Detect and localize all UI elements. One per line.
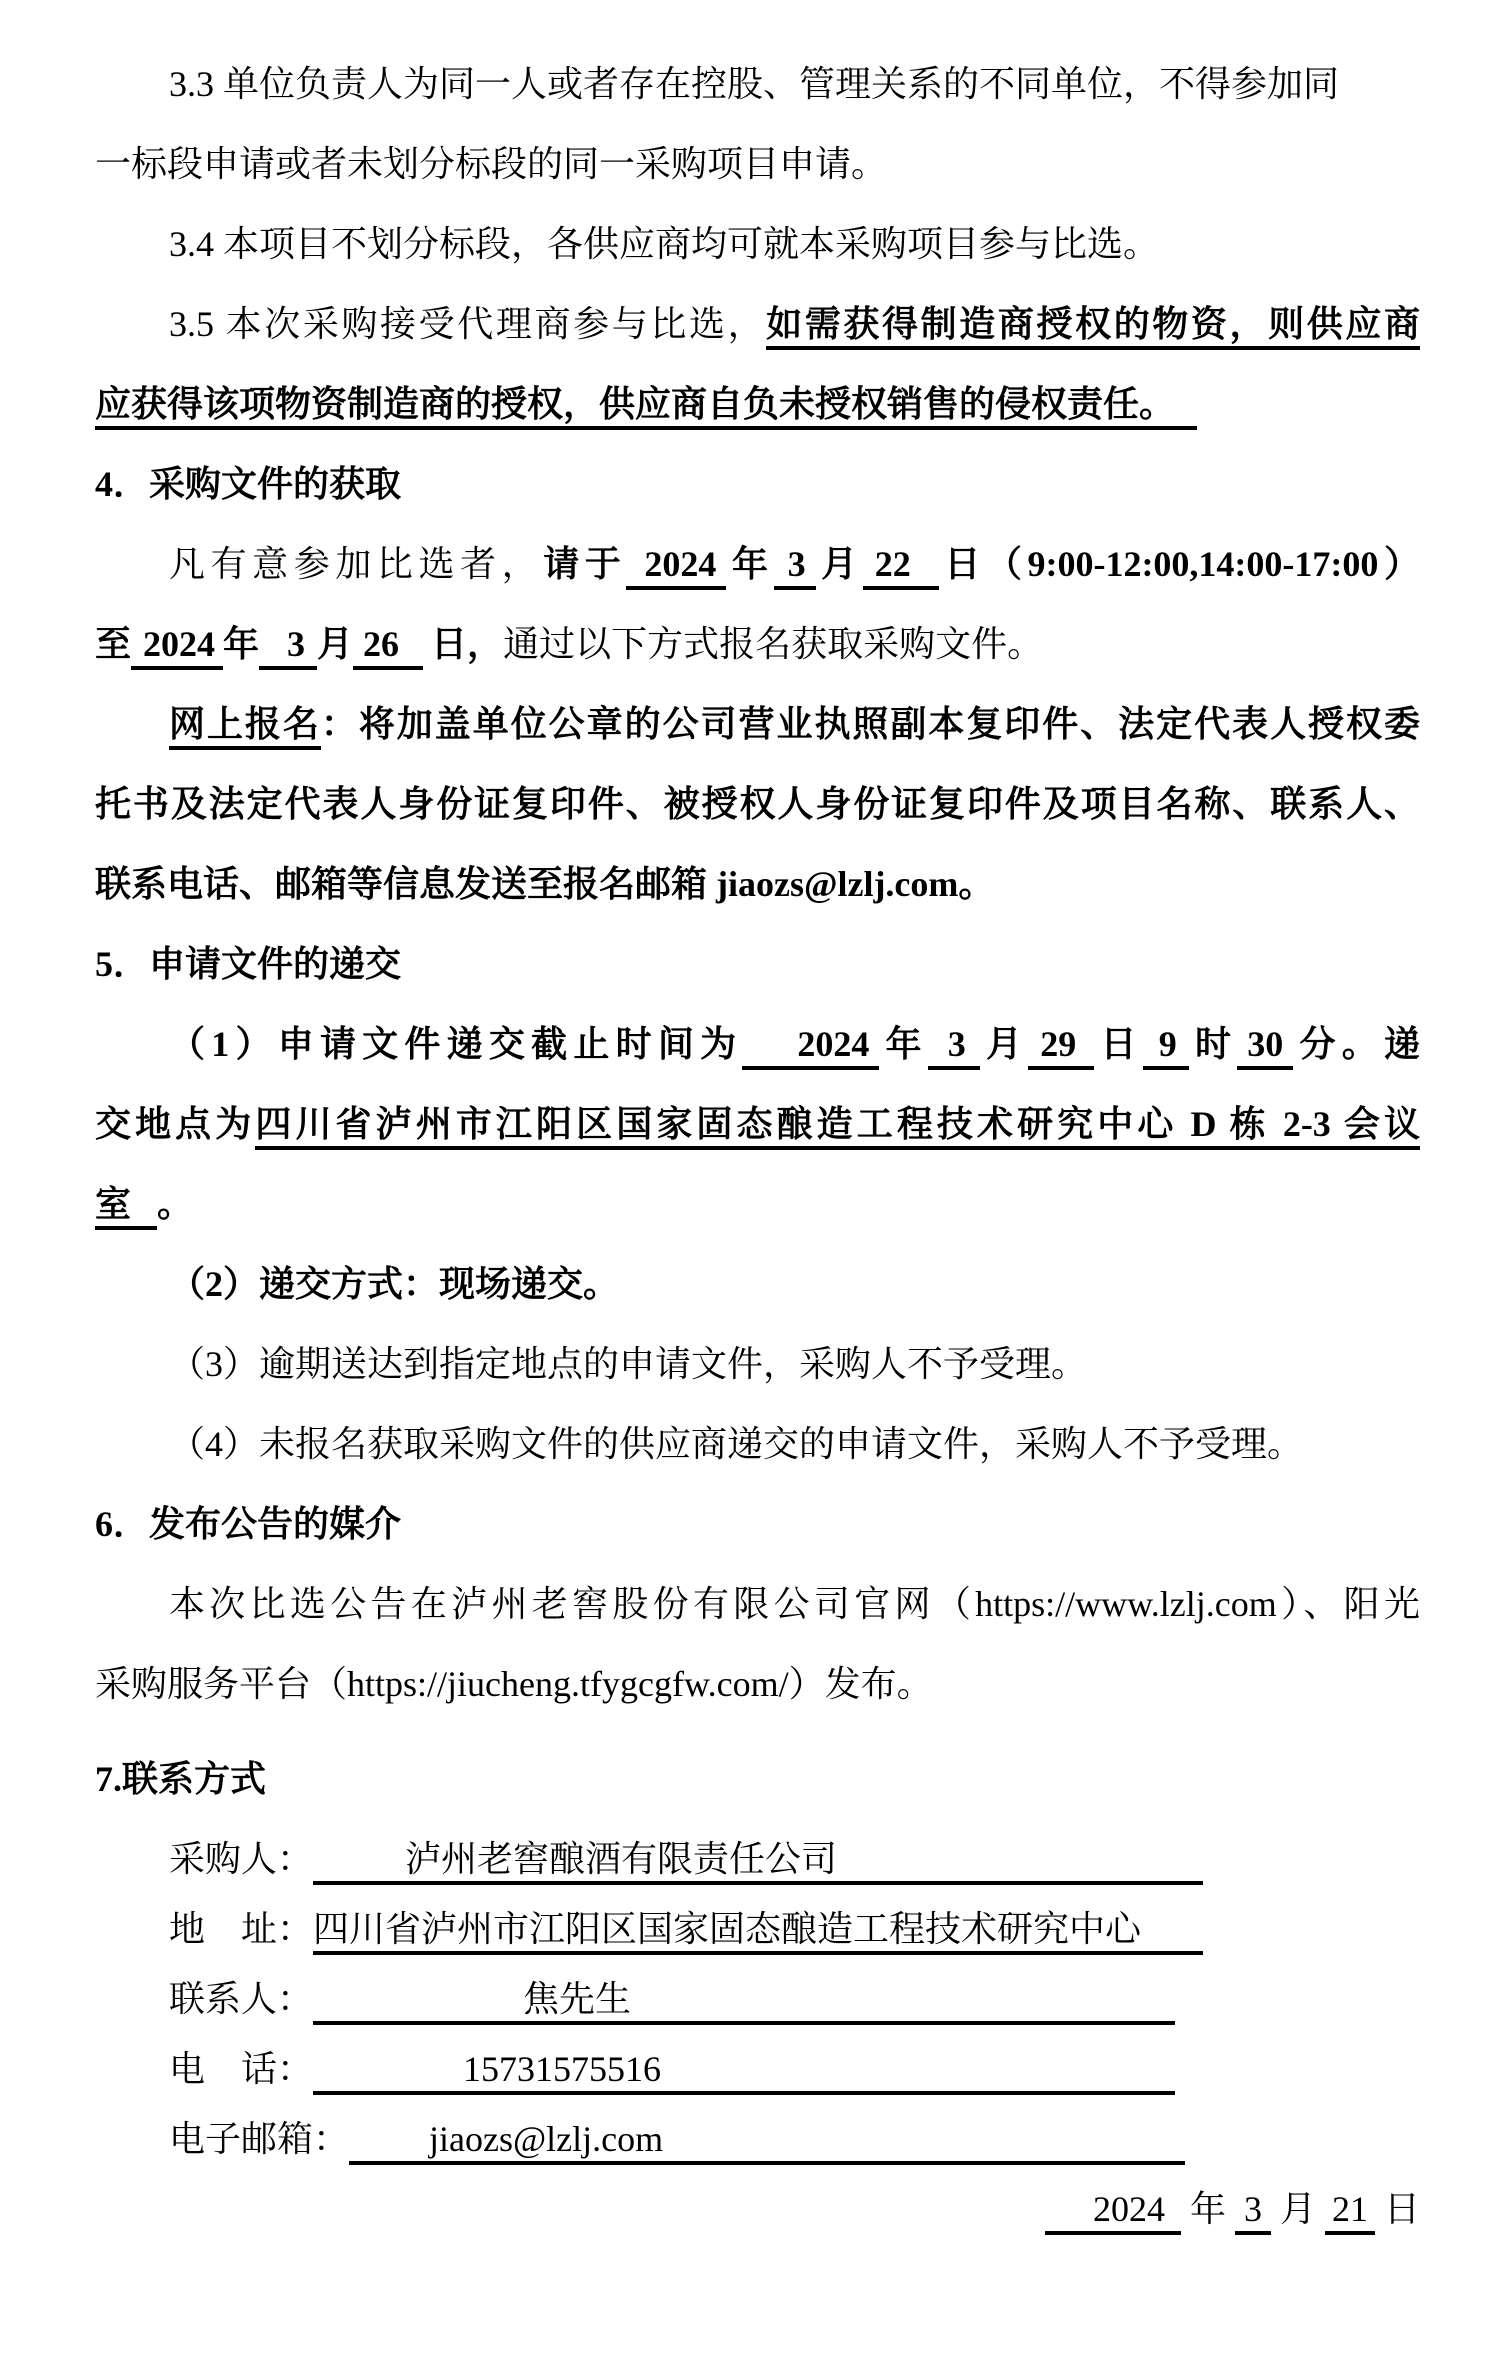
text-segment: 日， <box>423 624 503 664</box>
text-segment: 本次比选公告在泸州老窖股份有限公司官网（https://www.lzlj.com… <box>169 1584 1420 1624</box>
text-segment: 日 <box>1094 1024 1142 1064</box>
heading-5: 5．申请文件的递交 <box>95 924 1420 1004</box>
para-5-1-line1: （1）申请文件递交截止时间为2024年3月29日9时30分。递 <box>95 1004 1420 1084</box>
text-segment: （3）逾期送达到指定地点的申请文件，采购人不予受理。 <box>169 1344 1087 1384</box>
heading-7: 7.联系方式 <box>95 1739 1420 1819</box>
text-segment: 。 <box>157 1184 193 1224</box>
text-segment: 一标段申请或者未划分标段的同一采购项目申请。 <box>95 144 887 184</box>
underlined-field: 30 <box>1237 1024 1293 1070</box>
contact-row-contact-person: 联系人：焦先生 <box>95 1959 1420 2029</box>
text-segment: 日 <box>1375 2189 1420 2229</box>
text-segment: 3.3 单位负责人为同一人或者存在控股、管理关系的不同单位，不得参加同 <box>169 64 1339 104</box>
contact-value-phone: 15731575516 <box>313 2047 1175 2095</box>
text-segment: 月 <box>1271 2189 1325 2229</box>
contact-label-contact-person: 联系人： <box>95 1959 313 2039</box>
underlined-field: 应获得该项物资制造商的授权，供应商自负未授权销售的侵权责任。 <box>95 384 1197 430</box>
text-segment: ：将加盖单位公章的公司营业执照副本复印件、法定代表人授权委 <box>321 704 1420 744</box>
para-3-5-line1: 3.5 本次采购接受代理商参与比选，如需获得制造商授权的物资，则供应商 <box>95 284 1420 364</box>
text-segment: 分。递 <box>1293 1024 1420 1064</box>
text-segment: 托书及法定代表人身份证复印件、被授权人身份证复印件及项目名称、联系人、 <box>95 784 1420 824</box>
underlined-field: 如需获得制造商授权的物资，则供应商 <box>766 304 1420 350</box>
text-segment: 5．申请文件的递交 <box>95 944 401 984</box>
underlined-field: 室 <box>95 1184 157 1230</box>
text-segment: 年 <box>879 1024 927 1064</box>
text-segment: 日（9:00-12:00,14:00-17:00） <box>939 544 1420 584</box>
para-3-3-line2: 一标段申请或者未划分标段的同一采购项目申请。 <box>95 124 1420 204</box>
underlined-field: 22 <box>863 544 939 590</box>
date-line: 2024 年 3 月 21 日 <box>95 2169 1420 2249</box>
contact-value-email: jiaozs@lzlj.com <box>349 2117 1185 2165</box>
text-segment: 年 <box>1181 2189 1235 2229</box>
text-segment: 交地点为 <box>95 1104 255 1144</box>
heading-4: 4．采购文件的获取 <box>95 444 1420 524</box>
document-page: 3.3 单位负责人为同一人或者存在控股、管理关系的不同单位，不得参加同一标段申请… <box>0 0 1500 2379</box>
underlined-field: 2024 <box>131 624 223 670</box>
text-segment: 年 <box>223 624 259 664</box>
underlined-field: 9 <box>1143 1024 1189 1070</box>
underlined-field: 2024 <box>1045 2189 1181 2235</box>
underlined-field: 21 <box>1325 2189 1375 2235</box>
para-6-line2: 采购服务平台（https://jiucheng.tfygcgfw.com/）发布… <box>95 1644 1420 1724</box>
text-segment: 时 <box>1189 1024 1237 1064</box>
para-3-5-line2: 应获得该项物资制造商的授权，供应商自负未授权销售的侵权责任。 <box>95 364 1420 444</box>
contact-label-phone: 电 话： <box>95 2029 313 2109</box>
contact-value-address: 四川省泸州市江阳区国家固态酿造工程技术研究中心 <box>313 1907 1203 1955</box>
text-segment: 联系电话、邮箱等信息发送至报名邮箱 jiaozs@lzlj.com。 <box>95 864 994 904</box>
underlined-field: 26 <box>353 624 423 670</box>
contact-label-purchaser: 采购人： <box>95 1819 313 1899</box>
contact-row-email: 电子邮箱：jiaozs@lzlj.com <box>95 2099 1420 2169</box>
announcement-body: 3.3 单位负责人为同一人或者存在控股、管理关系的不同单位，不得参加同一标段申请… <box>95 44 1420 2249</box>
underlined-field: 3 <box>259 624 317 670</box>
text-segment: 3.4 本项目不划分标段，各供应商均可就本采购项目参与比选。 <box>169 224 1159 264</box>
text-segment: （2）递交方式：现场递交。 <box>169 1264 619 1304</box>
text-segment: 3.5 本次采购接受代理商参与比选， <box>169 304 766 344</box>
text-segment: 通过以下方式报名获取采购文件。 <box>503 624 1043 664</box>
text-segment: （4）未报名获取采购文件的供应商递交的申请文件，采购人不予受理。 <box>169 1424 1303 1464</box>
para-3-4: 3.4 本项目不划分标段，各供应商均可就本采购项目参与比选。 <box>95 204 1420 284</box>
underlined-field: 2024 <box>626 544 726 590</box>
text-segment: 年 <box>726 544 773 584</box>
underlined-field: 3 <box>928 1024 980 1070</box>
text-segment: 凡有意参加比选者， <box>169 544 543 584</box>
text-segment: 至 <box>95 624 131 664</box>
contact-label-email: 电子邮箱： <box>95 2099 349 2179</box>
contact-row-phone: 电 话：15731575516 <box>95 2029 1420 2099</box>
contact-value-purchaser: 泸州老窖酿酒有限责任公司 <box>313 1837 1203 1885</box>
text-segment: 7.联系方式 <box>95 1759 266 1799</box>
contact-block: 采购人：泸州老窖酿酒有限责任公司地 址：四川省泸州市江阳区国家固态酿造工程技术研… <box>95 1819 1420 2169</box>
underlined-field: 3 <box>774 544 816 590</box>
para-5-4: （4）未报名获取采购文件的供应商递交的申请文件，采购人不予受理。 <box>95 1404 1420 1484</box>
underlined-field: 网上报名 <box>169 704 321 750</box>
contact-label-address: 地 址： <box>95 1889 313 1969</box>
heading-6: 6．发布公告的媒介 <box>95 1484 1420 1564</box>
text-segment: 请于 <box>543 544 626 584</box>
para-5-3: （3）逾期送达到指定地点的申请文件，采购人不予受理。 <box>95 1324 1420 1404</box>
para-5-1-line2: 交地点为四川省泸州市江阳区国家固态酿造工程技术研究中心 D 栋 2-3 会议 <box>95 1084 1420 1164</box>
text-segment: 4．采购文件的获取 <box>95 464 401 504</box>
text-segment: 6．发布公告的媒介 <box>95 1504 401 1544</box>
underlined-field: 29 <box>1028 1024 1094 1070</box>
para-4-line2: 至2024年3月26日，通过以下方式报名获取采购文件。 <box>95 604 1420 684</box>
contact-row-address: 地 址：四川省泸州市江阳区国家固态酿造工程技术研究中心 <box>95 1889 1420 1959</box>
para-4-line1: 凡有意参加比选者，请于2024年3月22日（9:00-12:00,14:00-1… <box>95 524 1420 604</box>
paragraph-lines: 3.3 单位负责人为同一人或者存在控股、管理关系的不同单位，不得参加同一标段申请… <box>95 44 1420 1819</box>
underlined-field: 四川省泸州市江阳区国家固态酿造工程技术研究中心 D 栋 2-3 会议 <box>255 1104 1420 1150</box>
para-online-line3: 联系电话、邮箱等信息发送至报名邮箱 jiaozs@lzlj.com。 <box>95 844 1420 924</box>
contact-row-purchaser: 采购人：泸州老窖酿酒有限责任公司 <box>95 1819 1420 1889</box>
text-segment: 月 <box>980 1024 1028 1064</box>
text-segment: 采购服务平台（https://jiucheng.tfygcgfw.com/）发布… <box>95 1664 933 1704</box>
text-segment: （1）申请文件递交截止时间为 <box>169 1024 742 1064</box>
para-3-3-line1: 3.3 单位负责人为同一人或者存在控股、管理关系的不同单位，不得参加同 <box>95 44 1420 124</box>
text-segment: 月 <box>816 544 863 584</box>
underlined-field: 2024 <box>742 1024 879 1070</box>
para-5-2: （2）递交方式：现场递交。 <box>95 1244 1420 1324</box>
contact-value-contact-person: 焦先生 <box>313 1977 1175 2025</box>
para-5-1-line3: 室。 <box>95 1164 1420 1244</box>
text-segment: 月 <box>317 624 353 664</box>
underlined-field: 3 <box>1235 2189 1271 2235</box>
para-6-line1: 本次比选公告在泸州老窖股份有限公司官网（https://www.lzlj.com… <box>95 1564 1420 1644</box>
para-online-line2: 托书及法定代表人身份证复印件、被授权人身份证复印件及项目名称、联系人、 <box>95 764 1420 844</box>
para-online-line1: 网上报名：将加盖单位公章的公司营业执照副本复印件、法定代表人授权委 <box>95 684 1420 764</box>
